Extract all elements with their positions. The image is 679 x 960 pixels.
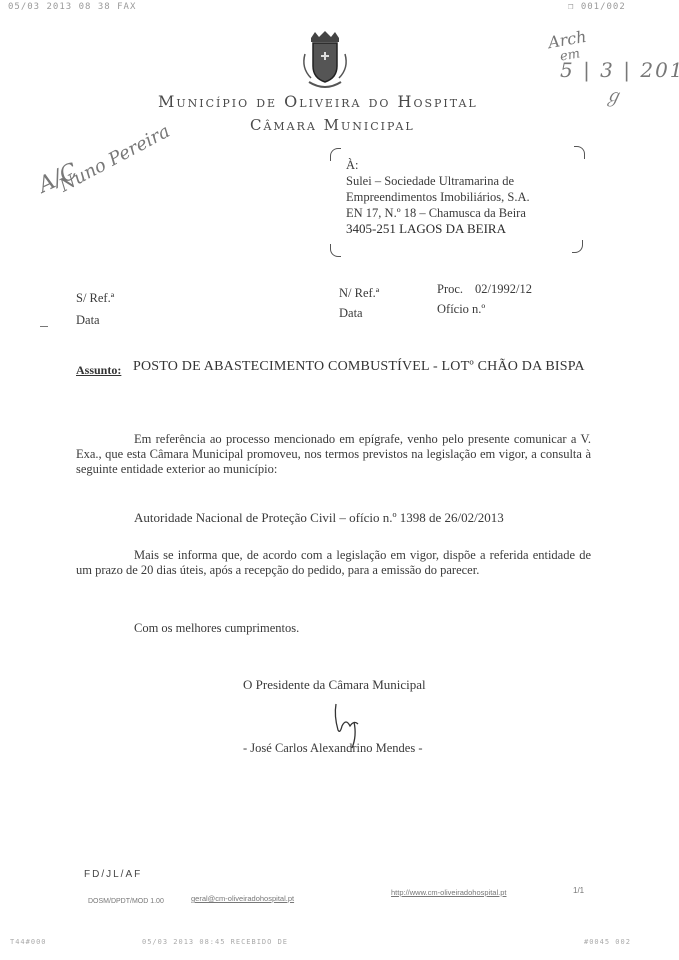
body-paragraph-2: Mais se informa que, de acordo com a leg… bbox=[76, 548, 591, 578]
subject-text: POSTO DE ABASTECIMENTO COMBUSTÍVEL - LOT… bbox=[133, 359, 585, 375]
website-link[interactable]: http://www.cm-oliveiradohospital.pt bbox=[391, 888, 506, 897]
fax-header-left: 05/03 2013 08 38 FAX bbox=[8, 2, 136, 12]
closing-line: Com os melhores cumprimentos. bbox=[134, 621, 299, 636]
fold-mark bbox=[40, 326, 48, 327]
email-link[interactable]: geral@cm-oliveiradohospital.pt bbox=[191, 894, 294, 903]
signatory-title: O Presidente da Câmara Municipal bbox=[243, 677, 426, 693]
page-count: 1/1 bbox=[573, 886, 584, 895]
address-bracket-tr bbox=[574, 146, 585, 159]
your-date-label: Data bbox=[76, 313, 100, 328]
consulted-entity: Autoridade Nacional de Proteção Civil – … bbox=[134, 510, 504, 526]
fax-footer-right: #0045 002 bbox=[584, 938, 631, 946]
recipient-line: Empreendimentos Imobiliários, S.A. bbox=[346, 190, 530, 205]
address-bracket-bl bbox=[330, 244, 341, 257]
handwritten-date: 5 | 3 | 2013 bbox=[560, 58, 679, 82]
fax-footer-received: 05/03 2013 08:45 RECEBIDO DE bbox=[142, 938, 288, 946]
coat-of-arms-icon bbox=[297, 30, 353, 94]
subject-label: Assunto: bbox=[76, 363, 121, 378]
typist-initials: FD/JL/AF bbox=[84, 869, 142, 880]
our-ref-label: N/ Ref.ª bbox=[339, 286, 379, 301]
handwritten-initial: ℊ bbox=[604, 82, 622, 108]
recipient-city: 3405-251 LAGOS DA BEIRA bbox=[346, 221, 506, 237]
body-paragraph-2-text: Mais se informa que, de acordo com a leg… bbox=[76, 548, 591, 577]
address-bracket-br bbox=[572, 240, 583, 253]
signatory-name: - José Carlos Alexandrino Mendes - bbox=[243, 741, 422, 756]
address-bracket-tl bbox=[330, 148, 341, 161]
your-ref-label: S/ Ref.ª bbox=[76, 291, 114, 306]
form-code: DOSM/DPDT/MOD 1.00 bbox=[88, 898, 164, 905]
body-paragraph-1: Em referência ao processo mencionado em … bbox=[76, 432, 591, 477]
process-number: 02/1992/12 bbox=[475, 282, 532, 297]
recipient-line: Sulei – Sociedade Ultramarina de bbox=[346, 174, 514, 189]
our-date-label: Data bbox=[339, 306, 363, 321]
handwritten-name-note: Nuno Pereira bbox=[56, 121, 173, 197]
recipient-line: EN 17, N.º 18 – Chamusca da Beira bbox=[346, 206, 526, 221]
oficio-label: Ofício n.º bbox=[437, 302, 485, 317]
body-paragraph-1-text: Em referência ao processo mencionado em … bbox=[76, 432, 591, 476]
fax-footer-left: T44#000 bbox=[10, 938, 47, 946]
chamber-name: Câmara Municipal bbox=[250, 116, 415, 134]
process-label: Proc. bbox=[437, 282, 463, 297]
recipient-prefix: À: bbox=[346, 158, 359, 173]
municipality-name: Município de Oliveira do Hospital bbox=[158, 92, 478, 111]
fax-header-page: ❒ 001/002 bbox=[568, 2, 626, 12]
